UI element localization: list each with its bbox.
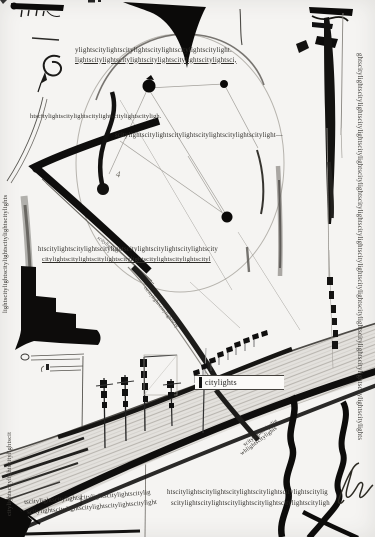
strip-top-2: lightscitylightscitylightscitylightscity…	[75, 57, 237, 64]
strip-lower-1: htscitylightscitylightscitylightscitylig…	[38, 247, 218, 254]
label-pole-mark	[199, 377, 202, 388]
strip-right-edge: ghtscitylightscitylightscitylightscityli…	[355, 53, 362, 440]
citylights-label-box: citylights	[195, 375, 284, 390]
strip-bottom-right-1: htscitylightscitylightscitylightscitylig…	[167, 490, 328, 497]
strip-upper: htscitylightscitylightscitylightscitylig…	[30, 114, 162, 120]
left-silhouette	[15, 196, 101, 350]
strip-top-1: ylightscitylightscitylightscitylightscit…	[75, 47, 232, 54]
top-right-marks	[240, 7, 353, 224]
strip-lower-2: citylightscitylightscitylightscitylights…	[42, 257, 211, 264]
strip-mid: scitylightscitylightscitylightscitylight…	[115, 133, 283, 140]
ink-drawing	[0, 0, 375, 537]
strip-left-edge-lower: citylightscitylightscitylightscit	[7, 432, 14, 516]
strip-left-edge-upper: lightscitylightscitylightscitylightscity…	[3, 195, 10, 313]
citylights-label-text: citylights	[205, 378, 237, 387]
strip-bottom-right-2: scitylightscitylightscitylightscitylight…	[171, 501, 330, 508]
bridge-legs	[281, 396, 358, 537]
artwork-canvas: ylightscitylightscitylightscitylightscit…	[0, 0, 375, 537]
ink-dots	[143, 75, 233, 223]
construction-lines	[109, 84, 300, 330]
